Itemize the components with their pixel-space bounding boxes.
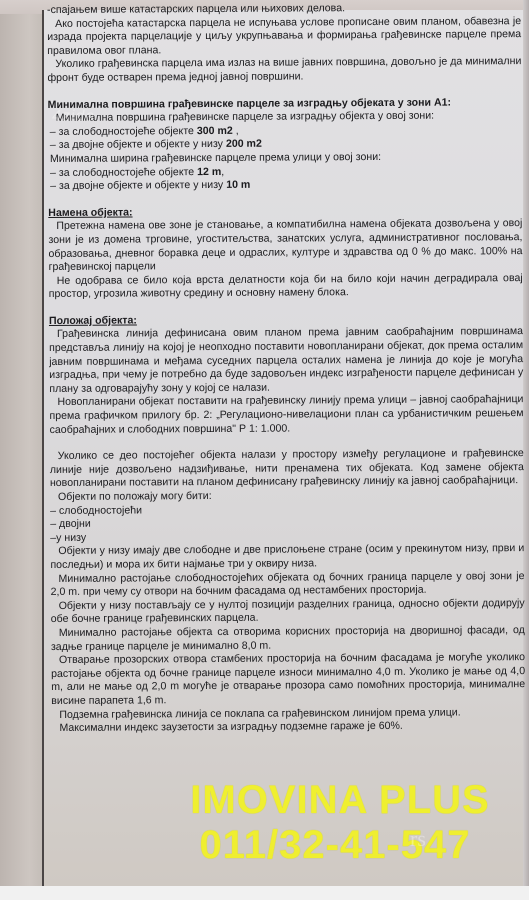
position-paragraph-2: Новопланирани објекат поставити на грађе…: [49, 394, 523, 438]
faint-watermark-bottom: rs: [410, 826, 426, 852]
purpose-paragraph-2: Не одобрава се било која врста делатност…: [49, 272, 523, 302]
position-paragraph-3: Уколико се део постојећег објекта налази…: [50, 447, 524, 491]
faint-watermark-top: 4zida: [52, 108, 95, 126]
intro-paragraph-1: Ако постојећа катастарска парцела не исп…: [47, 15, 521, 59]
position-paragraph-7: Минимално растојање објекта са отворима …: [51, 624, 525, 654]
position-paragraph-4: Објекти у низу имају две слободне и две …: [50, 542, 524, 572]
photo-right-edge: [523, 0, 529, 886]
position-paragraph-1: Грађевинска линија дефинисана овим плано…: [49, 326, 523, 397]
purpose-paragraph-1: Претежна намена ове зоне је становање, а…: [48, 217, 522, 274]
position-paragraph-10: Максимални индекс заузетости за изградњу…: [51, 719, 525, 735]
position-paragraph-5: Минимално растојање слободностојећих обј…: [50, 570, 524, 600]
position-paragraph-8: Отварање прозорских отвора стамбених про…: [51, 651, 525, 708]
position-paragraph-6: Објекти у низу постављају се у нултој по…: [51, 597, 525, 627]
photo-bottom-edge: [0, 886, 529, 900]
intro-paragraph-2: Уколико грађевинска парцела има излаз на…: [47, 55, 521, 85]
watermark-phone: 011/32-41-547: [165, 823, 505, 868]
watermark-brand: IMOVINA PLUS: [170, 778, 510, 823]
page-left-margin: [0, 14, 42, 886]
document-content: -спајањем више катастарских парцела или …: [47, 1, 525, 736]
